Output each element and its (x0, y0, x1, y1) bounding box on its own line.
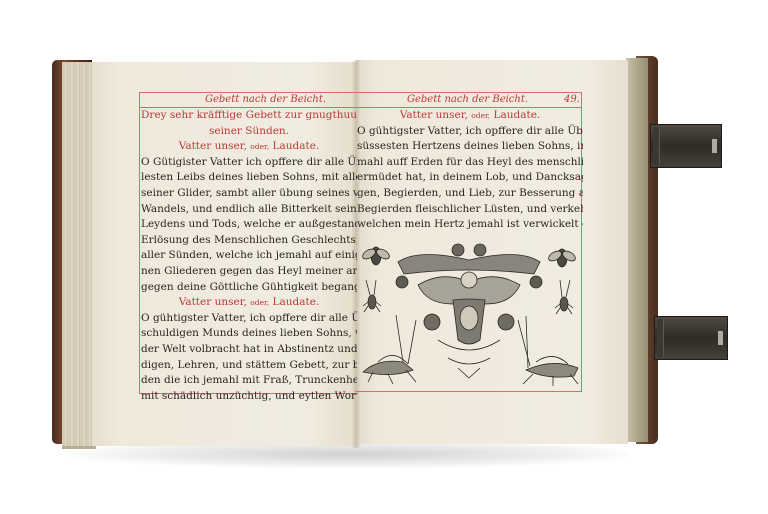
text-line: Wandels, und endlich alle Bitterkeit sei… (141, 202, 357, 218)
right-page-text: Vatter unser, oder, Laudate. O gühtigste… (357, 108, 583, 233)
rubric-small: oder, (471, 111, 490, 120)
rubric-word: Laudate. (273, 296, 320, 308)
clasp-tab (712, 139, 717, 153)
beetle-icon (555, 280, 573, 314)
rubric-small: oder, (250, 298, 269, 307)
page-edges-left (62, 62, 96, 449)
text-line: süssesten Hertzens deines lieben Sohns, … (357, 139, 583, 155)
metal-clasp-top (650, 124, 722, 168)
text-line: welchen mein Hertz jemahl ist verwickelt… (357, 217, 583, 233)
text-line: O Gütigister Vatter ich opffere dir alle… (141, 155, 357, 171)
left-page-text: Drey sehr kräfftige Gebett zur gnugthuun… (141, 108, 357, 404)
text-line: mit schädlich unzüchtig, und eytlen Wort… (141, 389, 357, 405)
text-line: digen, Lehren, und stättem Gebett, zur b… (141, 358, 357, 374)
rubric-prefix: Vatter unser, (400, 109, 468, 121)
page-edges-right (626, 58, 648, 442)
running-head-right: Gebett nach der Beicht. (407, 94, 528, 105)
rubric-right: Vatter unser, oder, Laudate. (357, 108, 583, 124)
paragraph-right: O gühtigster Vatter, ich opffere dir all… (357, 124, 583, 233)
page-number: 49. (564, 94, 580, 105)
text-line: lesten Leibs deines lieben Sohns, mit al… (141, 170, 357, 186)
text-line: der Welt volbracht hat in Abstinentz und… (141, 342, 357, 358)
text-line: gegen deine Göttliche Gühtigkeit begange… (141, 280, 357, 296)
text-line: Leydens und Tods, welche er außgestanden… (141, 217, 357, 233)
text-line: Begierden fleischlicher Lüsten, und verk… (357, 202, 583, 218)
rubric-small: oder, (250, 142, 269, 151)
grasshopper-icon (363, 315, 416, 384)
fly-icon (547, 249, 577, 267)
metal-clasp-bottom (654, 316, 728, 360)
text-line: seiner Glider, sambt aller übung seines … (141, 186, 357, 202)
text-line: O gühtigster Vatter, ich opffere dir all… (357, 124, 583, 140)
prayer-title-line-1: Drey sehr kräfftige Gebett zur gnugthuun… (141, 108, 357, 124)
text-line: mahl auff Erden für das Heyl des menschl… (357, 155, 583, 171)
text-line: Erlösung des Menschlichen Geschlechts, z… (141, 233, 357, 249)
text-line: ermüdet hat, in deinem Lob, und Dancksag… (357, 170, 583, 186)
text-line: O gühtigster Vatter, ich opffere dir all… (141, 311, 357, 327)
rubric-word: Laudate. (273, 140, 320, 152)
clasp-hinge (653, 127, 660, 165)
text-line: schuldigen Munds deines lieben Sohns, we… (141, 326, 357, 342)
grasshopper-icon (518, 316, 578, 386)
text-line: nen Gliederen gegen das Heyl meiner arme… (141, 264, 357, 280)
rubric-prefix: Vatter unser, (179, 296, 247, 308)
cherub-cartouche-icon (396, 244, 542, 378)
text-line: den die ich jemahl mit Fraß, Trunckenhei… (141, 373, 357, 389)
paragraph-2: O gühtigster Vatter, ich opffere dir all… (141, 311, 357, 405)
running-head-left: Gebett nach der Beicht. (205, 94, 326, 105)
prayer-title-line-2: seiner Sünden. (141, 124, 357, 140)
fly-icon (361, 247, 391, 265)
paragraph-1: O Gütigister Vatter ich opffere dir alle… (141, 155, 357, 295)
beetle-icon (363, 280, 381, 312)
clasp-hinge (657, 319, 664, 357)
engraved-illustration (358, 240, 580, 390)
rubric-prefix: Vatter unser, (179, 140, 247, 152)
clasp-tab (718, 331, 723, 345)
text-line: aller Sünden, welche ich jemahl auf eini… (141, 248, 357, 264)
rubric-1: Vatter unser, oder, Laudate. (141, 139, 357, 155)
text-line: gen, Begierden, und Lieb, zur Besserung … (357, 186, 583, 202)
rubric-word: Laudate. (494, 109, 541, 121)
rubric-2: Vatter unser, oder, Laudate. (141, 295, 357, 311)
